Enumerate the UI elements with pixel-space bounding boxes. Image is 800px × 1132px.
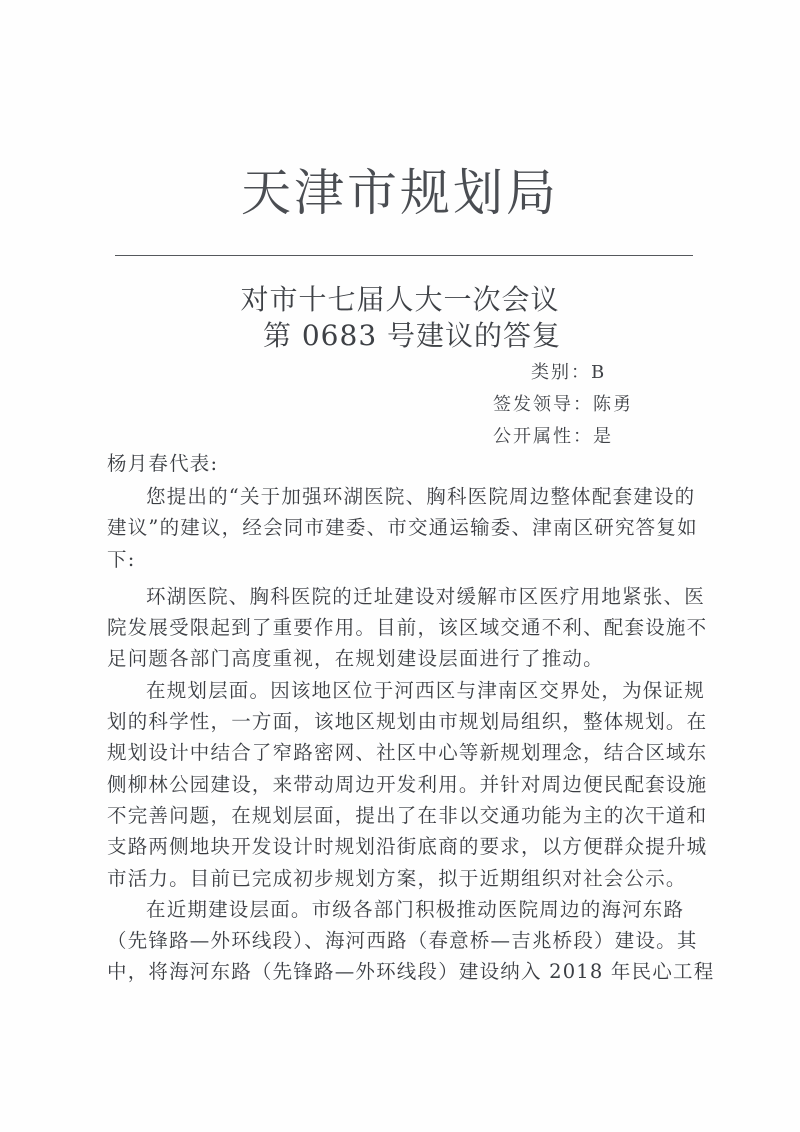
paragraph-line: 环湖医院、胸科医院的迁址建设对缓解市区医疗用地紧张、医 bbox=[107, 581, 707, 612]
meta-signer-label: 签发领导： bbox=[493, 392, 593, 418]
paragraph-line: 院发展受限起到了重要作用。目前，该区域交通不利、配套设施不 bbox=[107, 612, 707, 643]
paragraph-line: 在规划层面。因该地区位于河西区与津南区交界处，为保证规 bbox=[107, 675, 707, 706]
meta-category-label: 类别： bbox=[531, 360, 591, 386]
paragraph-line: 下: bbox=[107, 544, 707, 575]
paragraph: 您提出的“关于加强环湖医院、胸科医院周边整体配套建设的 建议”的建议，经会同市建… bbox=[107, 481, 707, 575]
paragraph-line: 中，将海河东路（先锋路—外环线段）建设纳入 2018 年民心工程 bbox=[107, 956, 707, 987]
salutation: 杨月春代表: bbox=[107, 449, 218, 479]
letter-body: 您提出的“关于加强环湖医院、胸科医院周边整体配套建设的 建议”的建议，经会同市建… bbox=[107, 481, 707, 988]
paragraph-line: 在近期建设层面。市级各部门积极推动医院周边的海河东路 bbox=[107, 894, 707, 925]
paragraph-line: 建议”的建议，经会同市建委、市交通运输委、津南区研究答复如 bbox=[107, 512, 707, 543]
paragraph-line: 划的科学性，一方面，该地区规划由市规划局组织，整体规划。在 bbox=[107, 706, 707, 737]
paragraph-line: 支路两侧地块开发设计时规划沿街底商的要求，以方便群众提升城 bbox=[107, 831, 707, 862]
document-title-line-2: 第 0683 号建议的答复 bbox=[12, 318, 800, 354]
meta-category: 类别：B bbox=[531, 360, 606, 386]
paragraph-line: 不完善问题，在规划层面，提出了在非以交通功能为主的次干道和 bbox=[107, 800, 707, 831]
header-divider bbox=[115, 255, 693, 256]
paragraph-line: 足问题各部门高度重视，在规划建设层面进行了推动。 bbox=[107, 643, 707, 674]
meta-category-value: B bbox=[591, 360, 606, 386]
document-title-line-1: 对市十七届人大一次会议 bbox=[0, 282, 800, 318]
paragraph: 环湖医院、胸科医院的迁址建设对缓解市区医疗用地紧张、医 院发展受限起到了重要作用… bbox=[107, 581, 707, 675]
paragraph-line: （先锋路—外环线段）、海河西路（春意桥—吉兆桥段）建设。其 bbox=[107, 925, 707, 956]
paragraph-line: 市活力。目前已完成初步规划方案，拟于近期组织对社会公示。 bbox=[107, 863, 707, 894]
paragraph: 在规划层面。因该地区位于河西区与津南区交界处，为保证规 划的科学性，一方面，该地… bbox=[107, 675, 707, 894]
document-page: 天津市规划局 对市十七届人大一次会议 第 0683 号建议的答复 类别：B 签发… bbox=[0, 0, 800, 1132]
paragraph-line: 您提出的“关于加强环湖医院、胸科医院周边整体配套建设的 bbox=[107, 481, 707, 512]
paragraph-line: 规划设计中结合了窄路密网、社区中心等新规划理念，结合区域东 bbox=[107, 737, 707, 768]
meta-signer-value: 陈勇 bbox=[593, 392, 633, 418]
meta-public-value: 是 bbox=[593, 424, 613, 450]
organization-header: 天津市规划局 bbox=[0, 158, 800, 228]
paragraph: 在近期建设层面。市级各部门积极推动医院周边的海河东路 （先锋路—外环线段）、海河… bbox=[107, 894, 707, 988]
meta-public: 公开属性：是 bbox=[493, 424, 613, 450]
paragraph-line: 侧柳林公园建设，来带动周边开发利用。并针对周边便民配套设施 bbox=[107, 769, 707, 800]
meta-signer: 签发领导：陈勇 bbox=[493, 392, 633, 418]
meta-public-label: 公开属性： bbox=[493, 424, 593, 450]
